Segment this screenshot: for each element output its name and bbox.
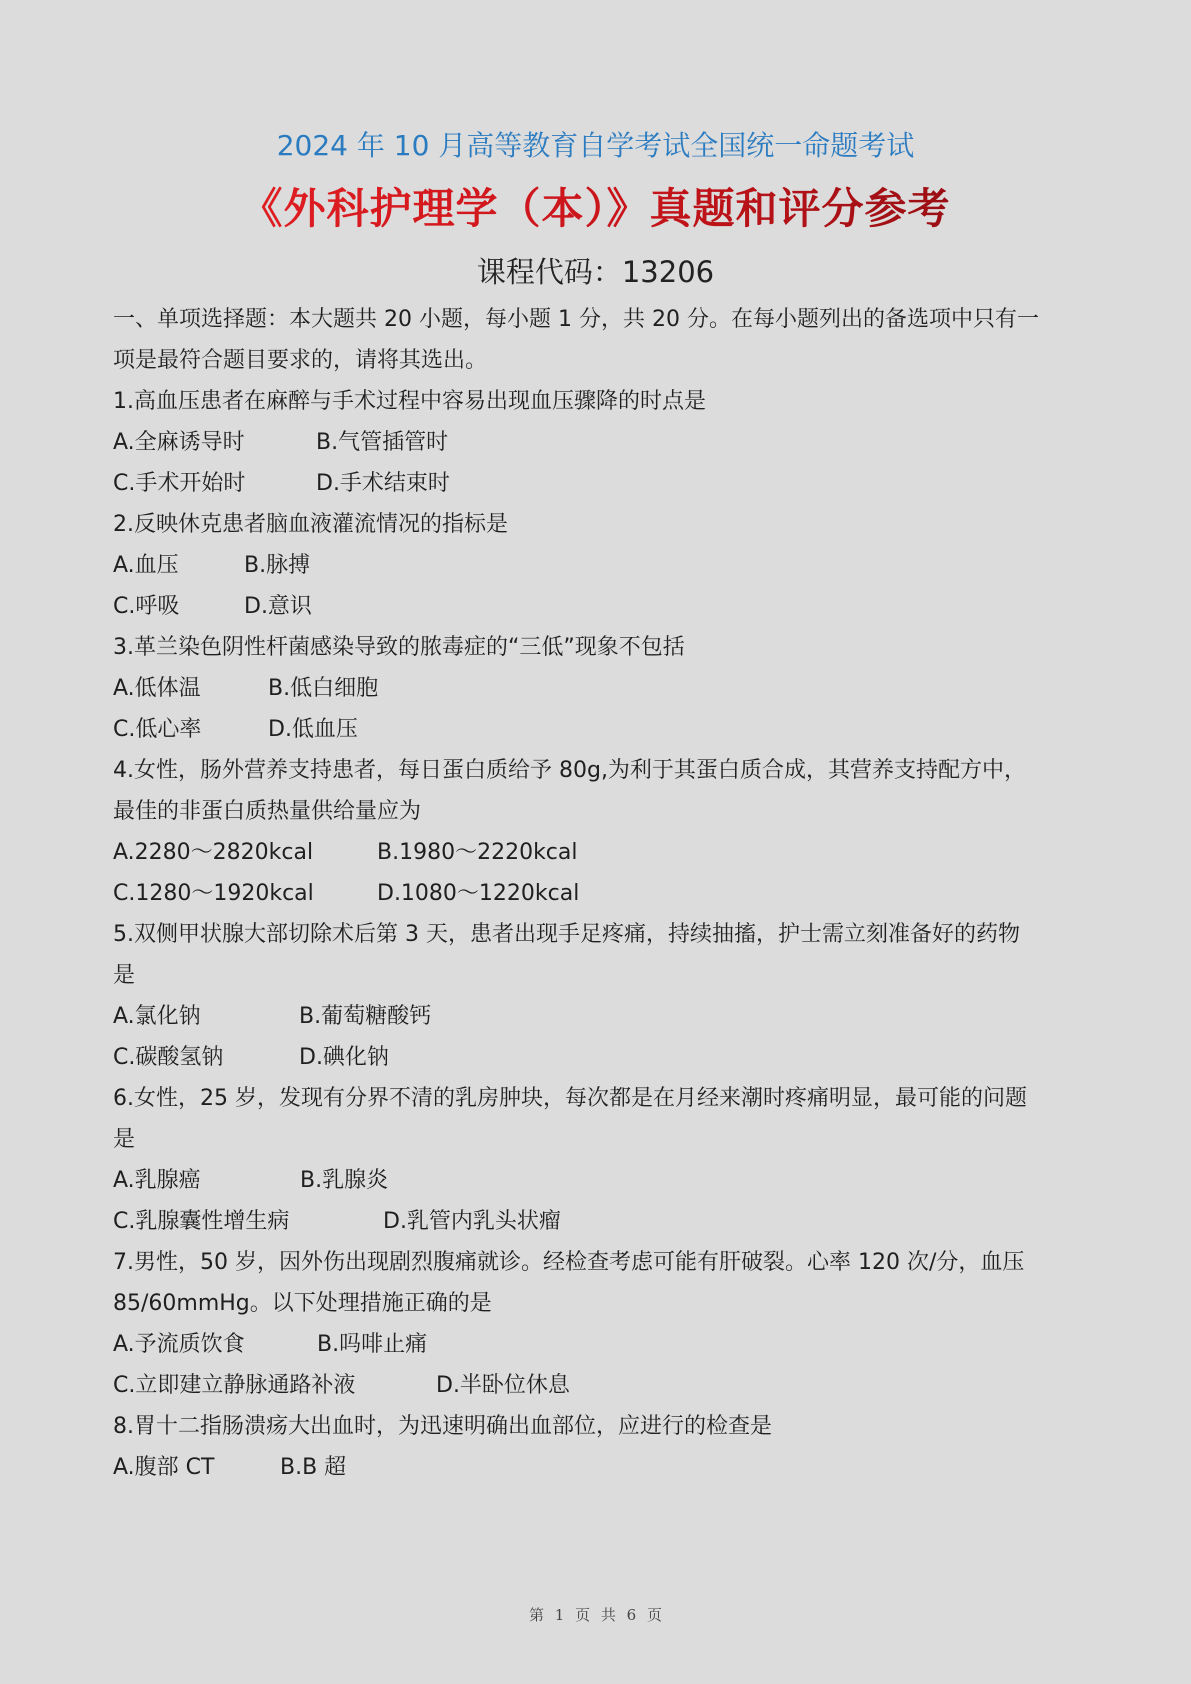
question-8-stem: 8.胃十二指肠溃疡大出血时，为迅速明确出血部位，应进行的检查是 [113, 1413, 772, 1441]
question-5-stem-line-2: 是 [113, 962, 135, 990]
q5-option-d: D.碘化钠 [299, 1044, 389, 1072]
q5-option-c: C.碳酸氢钠 [113, 1044, 223, 1072]
q6-option-c: C.乳腺囊性增生病 [113, 1208, 289, 1236]
q3-option-b: B.低白细胞 [268, 675, 378, 703]
q6-option-a: A.乳腺癌 [113, 1167, 201, 1195]
q4-option-d: D.1080～1220kcal [377, 880, 579, 908]
q4-option-b: B.1980～2220kcal [377, 839, 578, 867]
question-4-stem-line-1: 4.女性，肠外营养支持患者，每日蛋白质给予 80g,为利于其蛋白质合成，其营养支… [113, 757, 1026, 785]
q2-option-a: A.血压 [113, 552, 179, 580]
q8-option-b: B.B 超 [280, 1454, 346, 1482]
section-intro-line-2: 项是最符合题目要求的，请将其选出。 [113, 347, 487, 375]
q7-option-a: A.予流质饮食 [113, 1331, 245, 1359]
q2-option-d: D.意识 [244, 593, 312, 621]
question-7-stem-line-1: 7.男性，50 岁，因外伤出现剧烈腹痛就诊。经检查考虑可能有肝破裂。心率 120… [113, 1249, 1024, 1277]
q5-option-b: B.葡萄糖酸钙 [299, 1003, 431, 1031]
question-2-stem: 2.反映休克患者脑血液灌流情况的指标是 [113, 511, 508, 539]
question-6-stem-line-2: 是 [113, 1126, 135, 1154]
question-7-stem-line-2: 85/60mmHg。以下处理措施正确的是 [113, 1290, 492, 1318]
q1-option-c: C.手术开始时 [113, 470, 245, 498]
q1-option-b: B.气管插管时 [316, 429, 448, 457]
q6-option-d: D.乳管内乳头状瘤 [383, 1208, 561, 1236]
q3-option-a: A.低体温 [113, 675, 201, 703]
q1-option-a: A.全麻诱导时 [113, 429, 245, 457]
document-title: 《外科护理学（本）》真题和评分参考 [0, 176, 1191, 236]
section-intro-line-1: 一、单项选择题：本大题共 20 小题，每小题 1 分，共 20 分。在每小题列出… [113, 306, 1039, 334]
exam-session-line: 2024 年 10 月高等教育自学考试全国统一命题考试 [0, 124, 1191, 164]
q7-option-c: C.立即建立静脉通路补液 [113, 1372, 355, 1400]
question-4-stem-line-2: 最佳的非蛋白质热量供给量应为 [113, 798, 421, 826]
q4-option-c: C.1280～1920kcal [113, 880, 314, 908]
question-1-stem: 1.高血压患者在麻醉与手术过程中容易出现血压骤降的时点是 [113, 388, 706, 416]
q4-option-a: A.2280～2820kcal [113, 839, 313, 867]
document-title-text: 《外科护理学（本）》真题和评分参考 [240, 184, 950, 233]
question-6-stem-line-1: 6.女性，25 岁，发现有分界不清的乳房肿块，每次都是在月经来潮时疼痛明显，最可… [113, 1085, 1027, 1113]
q2-option-c: C.呼吸 [113, 593, 179, 621]
q5-option-a: A.氯化钠 [113, 1003, 201, 1031]
question-5-stem-line-1: 5.双侧甲状腺大部切除术后第 3 天，患者出现手足疼痛，持续抽搐，护士需立刻准备… [113, 921, 1020, 949]
q3-option-d: D.低血压 [268, 716, 358, 744]
q7-option-d: D.半卧位休息 [436, 1372, 570, 1400]
q8-option-a: A.腹部 CT [113, 1454, 214, 1482]
page-indicator: 第 1 页 共 6 页 [0, 1604, 1191, 1625]
course-code: 课程代码：13206 [0, 250, 1191, 291]
q7-option-b: B.吗啡止痛 [317, 1331, 427, 1359]
q2-option-b: B.脉搏 [244, 552, 310, 580]
q1-option-d: D.手术结束时 [316, 470, 450, 498]
q6-option-b: B.乳腺炎 [300, 1167, 388, 1195]
question-3-stem: 3.革兰染色阴性杆菌感染导致的脓毒症的“三低”现象不包括 [113, 634, 685, 662]
q3-option-c: C.低心率 [113, 716, 201, 744]
exam-page: 2024 年 10 月高等教育自学考试全国统一命题考试 《外科护理学（本）》真题… [0, 0, 1191, 1684]
